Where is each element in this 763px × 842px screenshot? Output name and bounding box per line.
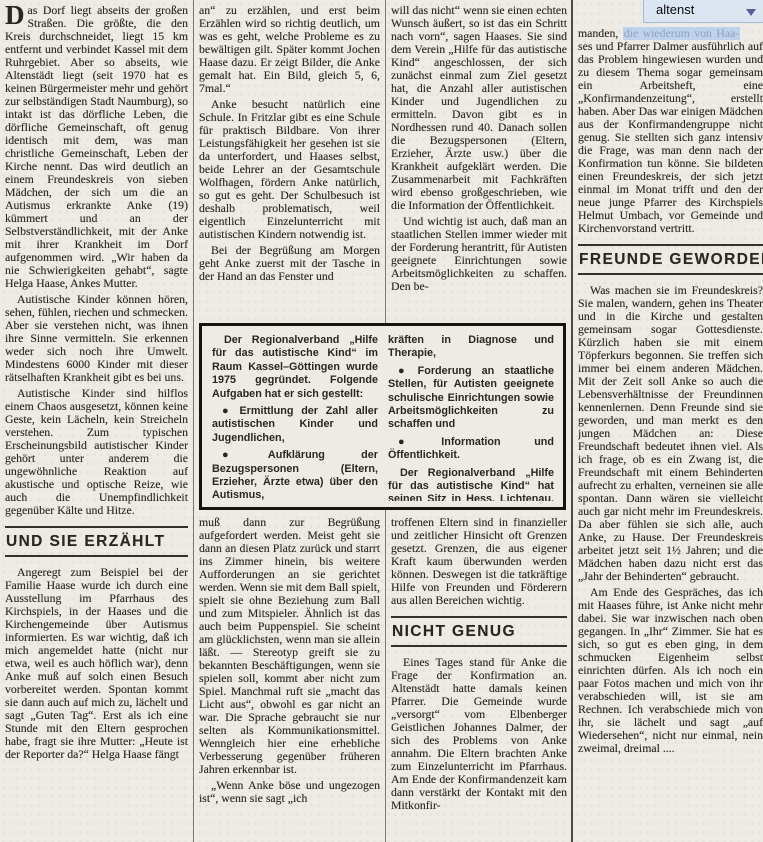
insert-box-text: Der Regionalverband „Hilfe für das autis… xyxy=(212,334,378,401)
column-divider-rule xyxy=(193,0,194,842)
bullet-item-text: Ermittlung der Zahl aller autistischen K… xyxy=(212,405,378,444)
article-paragraph: muß dann zur Begrüßung aufgefordert werd… xyxy=(199,516,380,776)
article-paragraph: „Wenn Anke böse und ungezogen ist“, wenn… xyxy=(199,779,380,805)
bullet-icon: ● xyxy=(222,405,233,417)
section-headline: NICHT GENUG xyxy=(391,616,567,647)
article-paragraph: Autistische Kinder können hören, sehen, … xyxy=(5,293,188,384)
insert-box-text: kräften in Diagnose und Therapie, xyxy=(388,334,554,361)
article-paragraph: will das nicht“ wenn sie einen echten Wu… xyxy=(391,4,567,212)
article-paragraph: Am Ende des Gespräches, das ich mit Haas… xyxy=(578,586,763,755)
insert-box-bullet-item: ●Information und Öffentlichkeit. xyxy=(388,436,554,463)
scanned-newspaper-page: { "ui": { "search_combobox": { "value": … xyxy=(0,0,763,842)
article-column-3-top: will das nicht“ wenn sie einen echten Wu… xyxy=(391,4,567,321)
insert-box-right-column: kräften in Diagnose und Therapie,●Forder… xyxy=(388,334,554,501)
article-column-2-top: an“ zu erzählen, und erst beim Erzählen … xyxy=(199,4,380,321)
search-combobox[interactable]: altenst xyxy=(643,0,763,23)
article-paragraph: Bei der Begrüßung am Morgen geht Anke zu… xyxy=(199,244,380,283)
caret-down-icon[interactable] xyxy=(746,9,756,16)
article-paragraph: an“ zu erzählen, und erst beim Erzählen … xyxy=(199,4,380,95)
bullet-icon: ● xyxy=(222,449,262,461)
article-paragraph: Eines Tages stand für Anke die Frage der… xyxy=(391,656,567,812)
insert-box-left-column: Der Regionalverband „Hilfe für das autis… xyxy=(212,334,378,501)
article-column-4: manden, die wiederum von Haa-ses und Pfa… xyxy=(578,27,763,842)
article-paragraph: Das Dorf liegt abseits der großen Straße… xyxy=(5,4,188,290)
bullet-item-text: Forderung an staatliche Stellen, für Aut… xyxy=(388,365,554,431)
column-divider-rule xyxy=(571,0,573,842)
bullet-icon: ● xyxy=(398,436,435,448)
article-column-1: Das Dorf liegt abseits der großen Straße… xyxy=(5,4,188,840)
section-headline: UND SIE ERZÄHLT xyxy=(5,526,188,557)
section-headline: FREUNDE GEWORDEN xyxy=(578,244,763,275)
article-paragraph: Angeregt zum Beispiel bei der Familie Ha… xyxy=(5,566,188,761)
info-insert-box: Der Regionalverband „Hilfe für das autis… xyxy=(199,323,566,510)
article-column-3-bottom: troffenen Eltern sind in finanzieller un… xyxy=(391,516,567,842)
insert-box-text: Der Regionalverband „Hilfe für das autis… xyxy=(388,467,554,501)
insert-box-bullet-item: ●Aufklärung der Bezugspersonen (Eltern, … xyxy=(212,449,378,501)
article-paragraph: Und wichtig ist auch, daß man an staatli… xyxy=(391,215,567,293)
insert-box-bullet-item: ●Forderung an staatliche Stellen, für Au… xyxy=(388,365,554,432)
search-combobox-value[interactable]: altenst xyxy=(644,2,746,17)
article-paragraph: Was machen sie im Freundeskreis? Sie mal… xyxy=(578,284,763,583)
article-paragraph: ses und Pfarrer Dalmer ausführlich auf d… xyxy=(578,40,763,235)
insert-box-bullet-item: ●Ermittlung der Zahl aller autistischen … xyxy=(212,405,378,445)
article-paragraph: troffenen Eltern sind in finanzieller un… xyxy=(391,516,567,607)
article-column-2-bottom: muß dann zur Begrüßung aufgefordert werd… xyxy=(199,516,380,842)
article-paragraph: Anke besucht natürlich eine Schule. In F… xyxy=(199,98,380,241)
article-paragraph: Autistische Kinder sind hilflos einem Ch… xyxy=(5,387,188,517)
bullet-icon: ● xyxy=(398,365,412,377)
